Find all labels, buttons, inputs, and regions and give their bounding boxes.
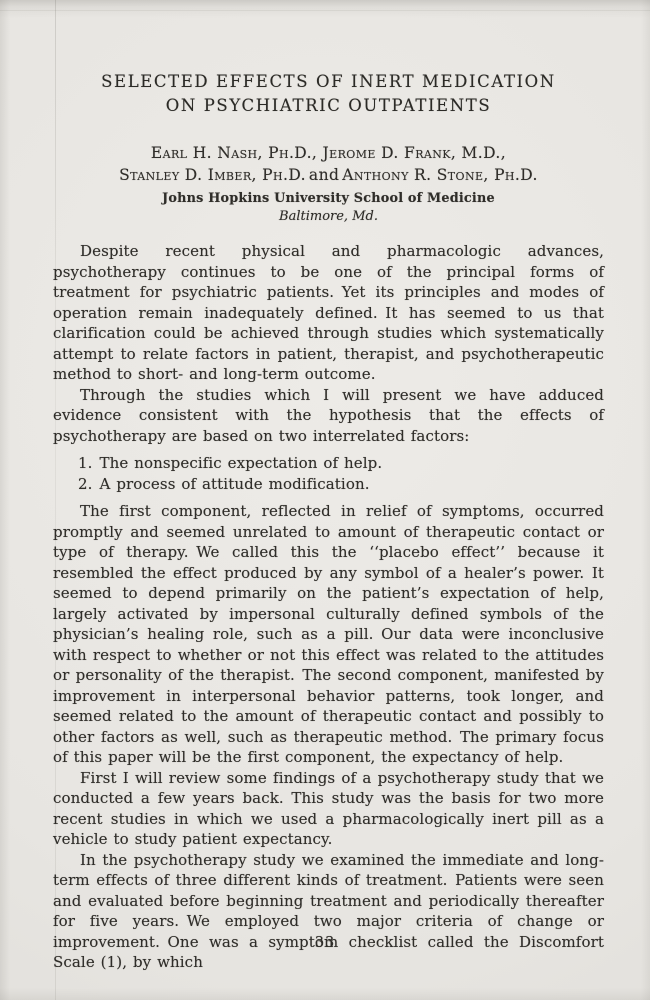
body-paragraph: In the psychotherapy study we examined t… [53, 850, 604, 973]
affiliation: Johns Hopkins University School of Medic… [53, 190, 604, 207]
body-paragraph: Through the studies which I will present… [53, 385, 604, 447]
article-content: SELECTED EFFECTS OF INERT MEDICATION ON … [53, 70, 604, 973]
body-paragraph: Despite recent physical and pharmacologi… [53, 241, 604, 385]
list-item-number: 2. [78, 474, 93, 495]
byline: Earl H. Nash, Ph.D., Jerome D. Frank, M.… [53, 143, 604, 225]
list-item: 1.The nonspecific expectation of help. [78, 453, 604, 474]
scan-edge-line [0, 10, 650, 11]
body-paragraph: First I will review some findings of a p… [53, 768, 604, 850]
author-name: Stanley D. Imber, Ph.D. [119, 166, 306, 184]
numbered-list: 1.The nonspecific expectation of help. 2… [53, 453, 604, 494]
list-item-text: The nonspecific expectation of help. [100, 454, 383, 472]
authors-conjunction: and [309, 166, 339, 184]
author-names: Earl H. Nash, Ph.D., Jerome D. Frank, M.… [53, 143, 604, 186]
list-item: 2.A process of attitude modification. [78, 474, 604, 495]
article-title-line1: SELECTED EFFECTS OF INERT MEDICATION [53, 70, 604, 94]
authors-line1: Earl H. Nash, Ph.D., Jerome D. Frank, M.… [53, 143, 604, 165]
article-title: SELECTED EFFECTS OF INERT MEDICATION ON … [53, 70, 604, 118]
location: Baltimore, Md. [53, 208, 604, 225]
list-item-text: A process of attitude modification. [100, 475, 370, 493]
scanned-page: SELECTED EFFECTS OF INERT MEDICATION ON … [0, 0, 650, 1000]
author-name: Anthony R. Stone, Ph.D. [342, 166, 538, 184]
body-paragraph: The first component, reflected in relief… [53, 501, 604, 768]
list-item-number: 1. [78, 453, 93, 474]
article-title-line2: ON PSYCHIATRIC OUTPATIENTS [53, 94, 604, 118]
page-number: 33 [0, 935, 650, 951]
article-body: Despite recent physical and pharmacologi… [53, 241, 604, 973]
authors-line2: Stanley D. Imber, Ph.D.andAnthony R. Sto… [53, 165, 604, 187]
